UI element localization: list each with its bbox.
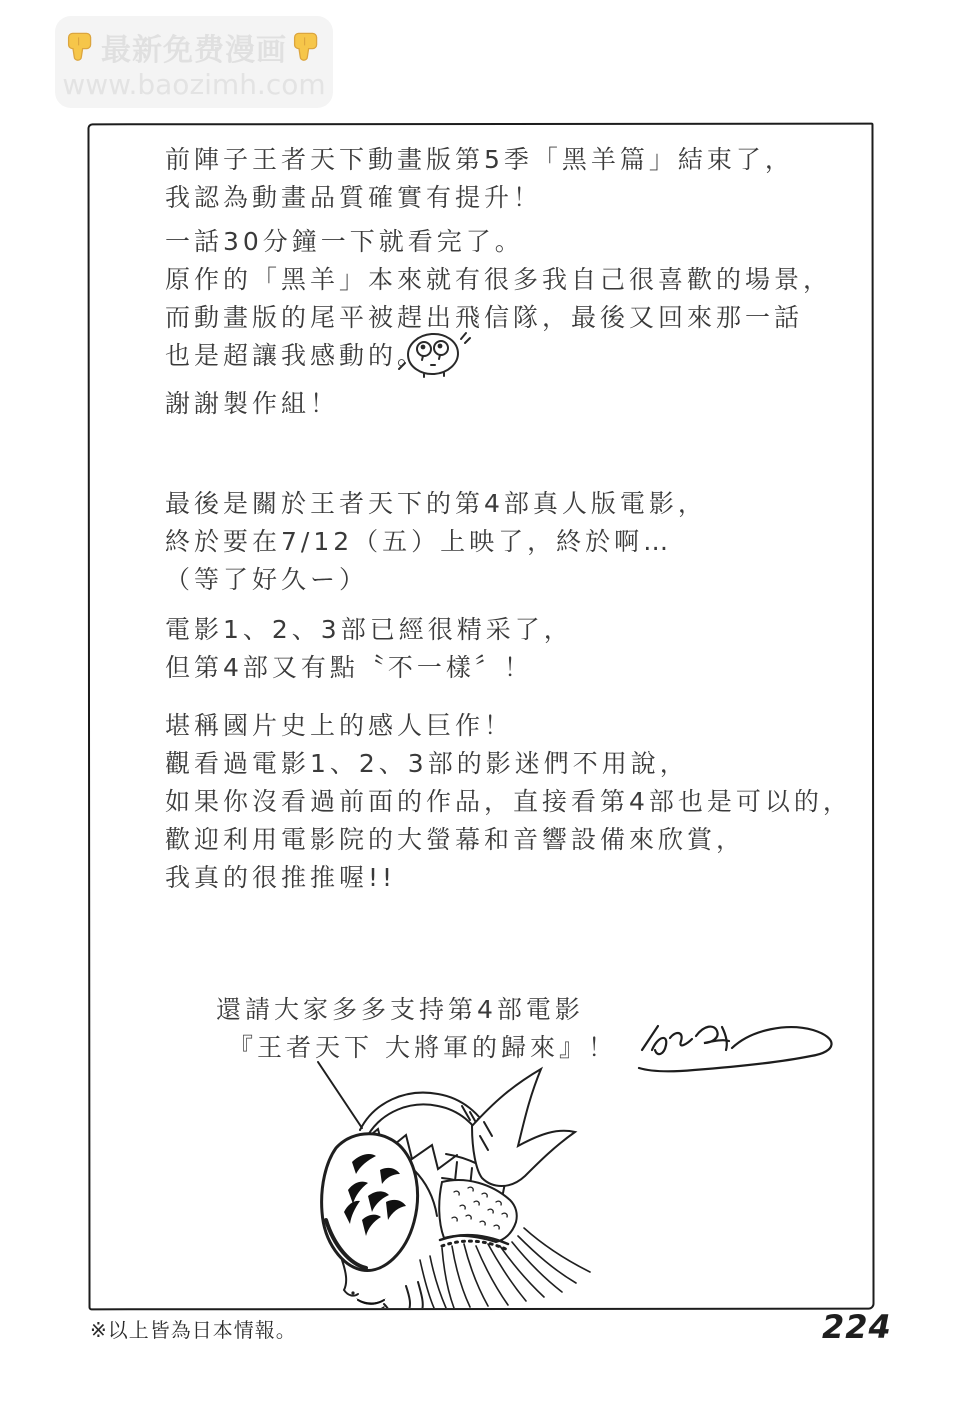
handwritten-line: （等了好久ー） — [165, 561, 707, 599]
handwritten-line: 如果你沒看過前面的作品，直接看第4部也是可以的， — [165, 783, 852, 821]
handwritten-line: 我真的很推推喔!! — [165, 859, 852, 897]
paragraph-anime-season: 前陣子王者天下動畫版第5季「黑羊篇」結束了， 我認為動畫品質確實有提升！ — [165, 141, 794, 217]
handwritten-line: 堪稱國片史上的感人巨作！ — [165, 707, 852, 745]
handwritten-line: 也是超讓我感動的。 — [165, 337, 832, 375]
manga-afterword-page: 最新免费漫画 www.baozimh.com 前陣子王者天下動畫版第5季「黑羊篇… — [0, 0, 980, 1425]
handwritten-line: 前陣子王者天下動畫版第5季「黑羊篇」結束了， — [165, 141, 794, 179]
handwritten-line: 而動畫版的尾平被趕出飛信隊，最後又回來那一話 — [165, 299, 832, 337]
watermark-url: www.baozimh.com — [62, 71, 325, 99]
watermark-title: 最新免费漫画 — [101, 25, 287, 69]
handwritten-line: 我認為動畫品質確實有提升！ — [165, 179, 794, 217]
paragraph-movie-recommendation: 堪稱國片史上的感人巨作！ 觀看過電影1、2、3部的影迷們不用說， 如果你沒看過前… — [165, 707, 852, 897]
handwritten-line: 但第4部又有點〝不一樣〞！ — [165, 649, 573, 687]
handwritten-line: 最後是關於王者天下的第4部真人版電影， — [165, 485, 707, 523]
handwritten-line: 歡迎利用電影院的大螢幕和音響設備來欣賞， — [165, 821, 852, 859]
paragraph-movie-series: 電影1、2、3部已經很精采了， 但第4部又有點〝不一樣〞！ — [165, 611, 573, 687]
crying-face-doodle — [396, 324, 476, 382]
down-finger-icon — [65, 31, 97, 63]
handwritten-line: 謝謝製作組！ — [165, 385, 339, 423]
paragraph-thanks: 謝謝製作組！ — [165, 385, 339, 423]
handwritten-line: 原作的「黑羊」本來就有很多我自己很喜歡的場景， — [165, 261, 832, 299]
footnote: ※以上皆為日本情報。 — [90, 1314, 297, 1343]
handwritten-line: 終於要在7/12（五）上映了，終於啊… — [165, 523, 707, 561]
helmeted-warrior-profile-sketch — [256, 1050, 616, 1308]
down-finger-icon — [291, 31, 323, 63]
paragraph-movie-release: 最後是關於王者天下的第4部真人版電影， 終於要在7/12（五）上映了，終於啊… … — [165, 485, 707, 599]
handwritten-line: 電影1、2、3部已經很精采了， — [165, 611, 573, 649]
handwritten-line: 還請大家多多支持第4部電影 — [216, 991, 617, 1029]
author-signature — [626, 1012, 866, 1090]
handwritten-line: 一話30分鐘一下就看完了。 — [165, 223, 832, 261]
page-number: 224 — [822, 1308, 892, 1346]
paragraph-anime-impressions: 一話30分鐘一下就看完了。 原作的「黑羊」本來就有很多我自己很喜歡的場景， 而動… — [165, 223, 832, 375]
handwritten-line: 觀看過電影1、2、3部的影迷們不用說， — [165, 745, 852, 783]
watermark: 最新免费漫画 www.baozimh.com — [55, 16, 333, 108]
watermark-title-row: 最新免费漫画 — [65, 25, 323, 69]
